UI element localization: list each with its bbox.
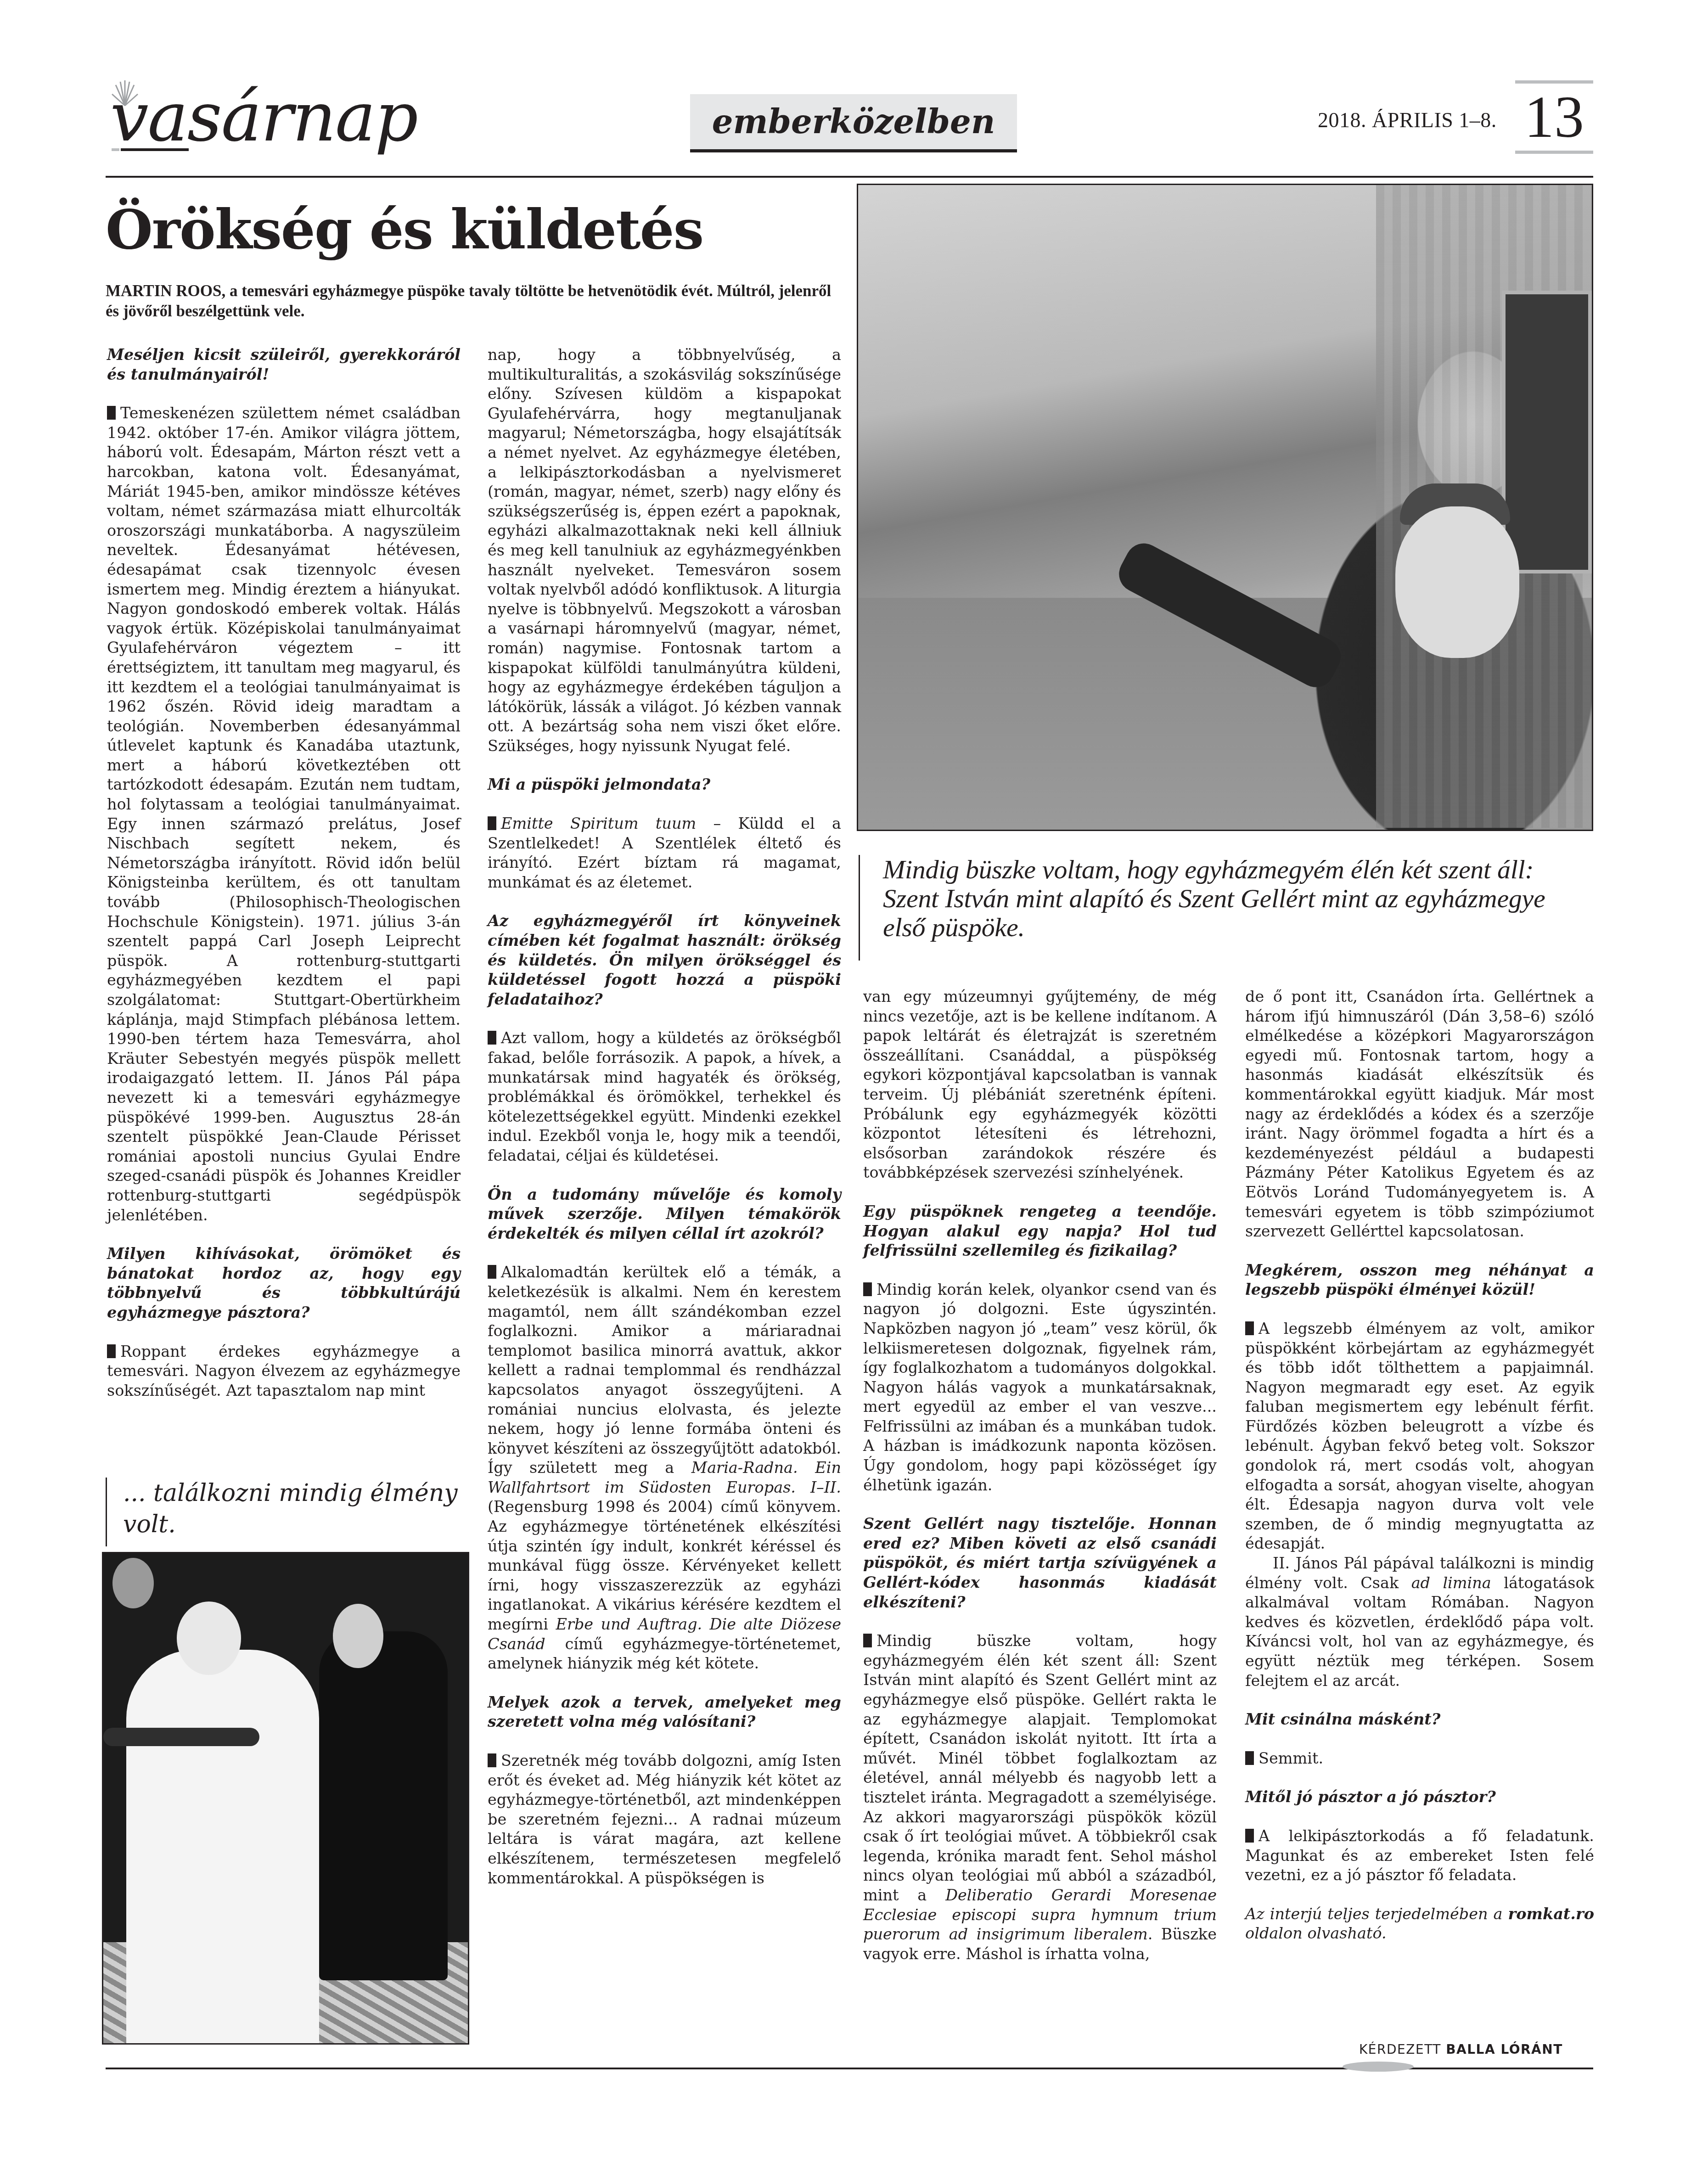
question: Milyen kihívásokat, örömöket és bánatoka… xyxy=(107,1244,461,1322)
question: Egy püspöknek rengeteg a teendője. Hogya… xyxy=(863,1202,1217,1261)
footer-ornament xyxy=(1343,2062,1414,2072)
answer: A legszebb élményem az volt, amikor püsp… xyxy=(1245,1319,1594,1554)
bishop-head xyxy=(333,1604,383,1668)
bishop-face xyxy=(1395,506,1519,658)
pull-quote-small-text: ... találkozni mindig élmény volt. xyxy=(123,1478,472,1540)
section-label: emberközelben xyxy=(690,94,1017,152)
answer: Roppant érdekes egyházmegye a temesvári.… xyxy=(107,1342,461,1401)
answer-paragraph: II. János Pál pápával találkozni is mind… xyxy=(1245,1554,1594,1691)
answer: Mindig korán kelek, olyankor csend van é… xyxy=(863,1280,1217,1495)
question: Szent Gellért nagy tisztelője. Honnan er… xyxy=(863,1514,1217,1612)
answer: A lelkipásztorkodás a fő feladatunk. Mag… xyxy=(1245,1826,1594,1885)
pull-quote-main-text: Mindig büszke voltam, hogy egyházmegyém … xyxy=(883,855,1572,942)
text-column-3: van egy múzeumnyi gyűjtemény, de még nin… xyxy=(863,987,1217,1964)
answer-marker-icon xyxy=(1245,1829,1254,1843)
answer-marker-icon xyxy=(863,1634,872,1647)
question: Mit csinálna másként? xyxy=(1245,1710,1594,1730)
question: Mitől jó pásztor a jó pásztor? xyxy=(1245,1787,1594,1807)
pope-figure xyxy=(126,1650,319,2045)
page-number-bottom-bar xyxy=(1515,151,1593,154)
question: Melyek azok a tervek, amelyeket meg szer… xyxy=(488,1693,841,1732)
article-lead: MARTIN ROOS, a temesvári egyházmegye püs… xyxy=(106,281,840,321)
answer-marker-icon xyxy=(107,1344,116,1358)
text-column-4: de ő pont itt, Csanádon írta. Gellértnek… xyxy=(1245,987,1594,1944)
header-rule xyxy=(106,176,1593,178)
answer-continued: nap, hogy a többnyelvűség, a multikultur… xyxy=(488,345,841,756)
question: Ön a tudomány művelője és komoly művek s… xyxy=(488,1185,841,1244)
pull-quote-main: Mindig büszke voltam, hogy egyházmegyém … xyxy=(859,855,1572,961)
text-column-2: nap, hogy a többnyelvűség, a multikultur… xyxy=(488,345,841,1888)
page-number-text: 13 xyxy=(1515,85,1593,149)
answer: Temeskenézen születtem német családban 1… xyxy=(107,404,461,1225)
answer-marker-icon xyxy=(1245,1751,1254,1765)
section-label-text: emberközelben xyxy=(690,94,1017,149)
answer: Szeretnék még tovább dolgozni, amíg Iste… xyxy=(488,1751,841,1888)
answer-marker-icon xyxy=(863,1282,872,1296)
answer: Alkalomadtán kerültek elő a témák, a kel… xyxy=(488,1263,841,1673)
background-figure xyxy=(112,1558,154,1608)
logo-underline-grey xyxy=(112,148,119,151)
second-photo xyxy=(102,1552,469,2045)
byline: KÉRDEZETT BALLA LÓRÁNT xyxy=(1359,2042,1563,2057)
answer-marker-icon xyxy=(107,406,116,420)
pope-head xyxy=(177,1601,241,1675)
main-photo xyxy=(857,184,1593,831)
answer-continued: van egy múzeumnyi gyűjtemény, de még nin… xyxy=(863,987,1217,1183)
pointing-arm xyxy=(1112,537,1347,693)
answer-marker-icon xyxy=(488,1753,496,1767)
answer: Azt vallom, hogy a küldetés az örökségbő… xyxy=(488,1028,841,1165)
answer-continued: de ő pont itt, Csanádon írta. Gellértnek… xyxy=(1245,987,1594,1242)
question: Megkérem, osszon meg néhányat a legszebb… xyxy=(1245,1261,1594,1300)
answer-marker-icon xyxy=(488,1031,496,1045)
answer-marker-icon xyxy=(488,1265,496,1279)
logo-text: vasárnap xyxy=(110,83,417,152)
answer: Emitte Spiritum tuum – Küldd el a Szentl… xyxy=(488,814,841,892)
answer-marker-icon xyxy=(488,816,496,830)
question: Az egyházmegyéről írt könyveinek címében… xyxy=(488,911,841,1009)
question: Meséljen kicsit szüleiről, gyerekkoráról… xyxy=(107,345,461,384)
article-title: Örökség és küldetés xyxy=(106,195,703,264)
portrait-painting xyxy=(1502,291,1592,573)
issue-date: 2018. ÁPRILIS 1–8. xyxy=(1318,108,1497,132)
closing-note: Az interjú teljes terjedelmében a romkat… xyxy=(1245,1905,1594,1944)
answer-marker-icon xyxy=(1245,1321,1254,1335)
pull-quote-small: ... találkozni mindig élmény volt. xyxy=(106,1478,472,1546)
text-column-1: Meséljen kicsit szüleiről, gyerekkoráról… xyxy=(107,345,461,1400)
question: Mi a püspöki jelmondata? xyxy=(488,775,841,795)
website-link[interactable]: romkat.ro xyxy=(1508,1905,1595,1923)
masthead-logo: vasárnap xyxy=(106,78,381,154)
bishop-figure xyxy=(319,1631,448,1980)
chair-arm xyxy=(103,1728,259,1746)
answer: Mindig büszke voltam, hogy egyházmegyém … xyxy=(863,1631,1217,1964)
logo-underline xyxy=(121,148,189,151)
page-number-top-bar xyxy=(1515,80,1593,84)
page-number: 13 xyxy=(1515,80,1593,154)
author-name: BALLA LÓRÁNT xyxy=(1446,2042,1563,2057)
answer: Semmit. xyxy=(1245,1749,1594,1769)
